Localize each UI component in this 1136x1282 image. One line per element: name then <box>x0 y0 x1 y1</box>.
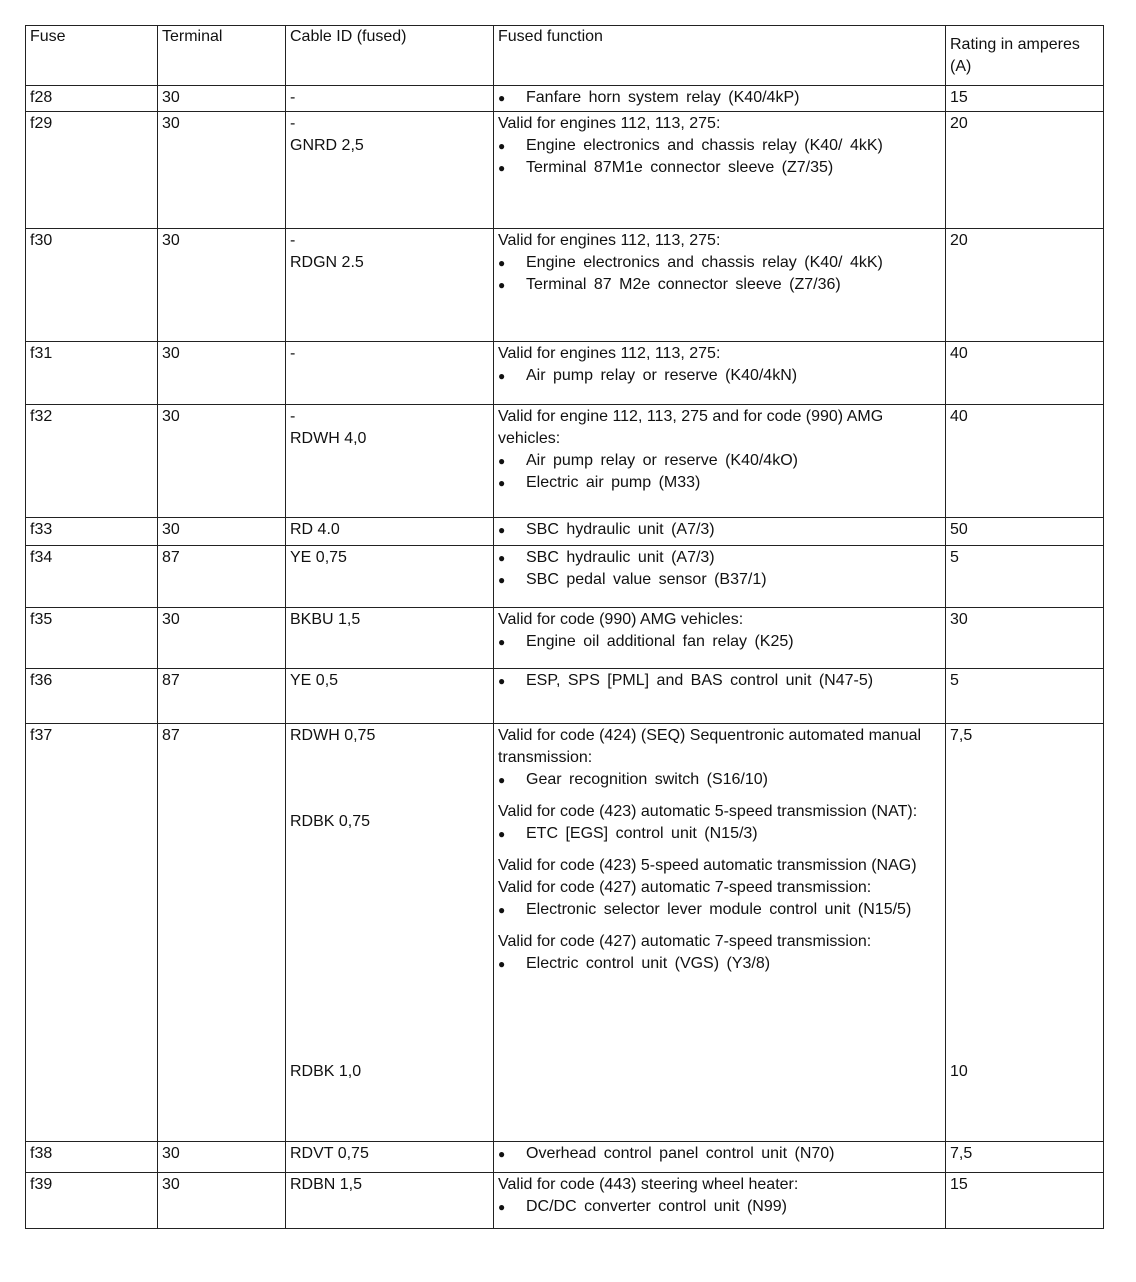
table-row: f3330RD 4.0●SBC hydraulic unit (A7/3)50 <box>26 518 1104 546</box>
validity-note: Valid for code (427) automatic 7-speed t… <box>498 931 941 953</box>
fuse-id: f34 <box>26 546 158 608</box>
cable-id-entry: RDBK 0,75 <box>290 811 370 833</box>
cable-id: -RDWH 4,0 <box>286 405 494 518</box>
table-row: f3030-RDGN 2.5Valid for engines 112, 113… <box>26 229 1104 342</box>
cable-id-entry: RDVT 0,75 <box>290 1143 489 1165</box>
function-bullet-item: ●ETC [EGS] control unit (N15/3) <box>498 823 941 845</box>
table-row: f2830-●Fanfare horn system relay (K40/4k… <box>26 86 1104 112</box>
fuse-id: f30 <box>26 229 158 342</box>
header-row: Fuse Terminal Cable ID (fused) Fused fun… <box>26 26 1104 86</box>
cable-id-entry: YE 0,5 <box>290 670 489 692</box>
cable-id: -GNRD 2,5 <box>286 112 494 229</box>
function-text: Engine oil additional fan relay (K25) <box>526 631 941 653</box>
function-bullet-item: ●ESP, SPS [PML] and BAS control unit (N4… <box>498 670 941 692</box>
table-row: f3230-RDWH 4,0Valid for engine 112, 113,… <box>26 405 1104 518</box>
fused-function: Valid for engine 112, 113, 275 and for c… <box>494 405 946 518</box>
cable-id: RDVT 0,75 <box>286 1142 494 1173</box>
function-text: SBC pedal value sensor (B37/1) <box>526 569 941 591</box>
rating: 30 <box>946 608 1104 669</box>
function-bullet-item: ●Overhead control panel control unit (N7… <box>498 1143 941 1165</box>
bullet-icon: ● <box>498 670 526 692</box>
function-text: SBC hydraulic unit (A7/3) <box>526 547 941 569</box>
spacer <box>498 845 941 855</box>
terminal: 30 <box>158 518 286 546</box>
terminal: 87 <box>158 724 286 1142</box>
bullet-icon: ● <box>498 135 526 157</box>
fused-function: Valid for engines 112, 113, 275:●Engine … <box>494 229 946 342</box>
function-bullet-item: ●Terminal 87 M2e connector sleeve (Z7/36… <box>498 274 941 296</box>
fuse-id: f37 <box>26 724 158 1142</box>
function-text: Electric control unit (VGS) (Y3/8) <box>526 953 941 975</box>
function-bullet-item: ●Engine electronics and chassis relay (K… <box>498 135 941 157</box>
function-text: Engine electronics and chassis relay (K4… <box>526 135 941 157</box>
cable-id-entry: YE 0,75 <box>290 547 489 569</box>
fused-function: Valid for engines 112, 113, 275:●Engine … <box>494 112 946 229</box>
fused-function: ●SBC hydraulic unit (A7/3) <box>494 518 946 546</box>
fuse-id: f31 <box>26 342 158 405</box>
table-row: f3487YE 0,75●SBC hydraulic unit (A7/3)●S… <box>26 546 1104 608</box>
table-row: f3830RDVT 0,75●Overhead control panel co… <box>26 1142 1104 1173</box>
rating-value: 40 <box>950 343 1099 365</box>
cable-id: RDBN 1,5 <box>286 1173 494 1229</box>
table-row: f3530BKBU 1,5Valid for code (990) AMG ve… <box>26 608 1104 669</box>
table-row: f2930-GNRD 2,5Valid for engines 112, 113… <box>26 112 1104 229</box>
rating-value: 15 <box>950 1174 1099 1196</box>
bullet-icon: ● <box>498 769 526 791</box>
function-text: Fanfare horn system relay (K40/4kP) <box>526 87 941 109</box>
cable-id: - <box>286 342 494 405</box>
spacer <box>498 791 941 801</box>
function-bullet-item: ●Air pump relay or reserve (K40/4kN) <box>498 365 941 387</box>
bullet-icon: ● <box>498 631 526 653</box>
bullet-icon: ● <box>498 899 526 921</box>
validity-note: Valid for engines 112, 113, 275: <box>498 343 941 365</box>
function-bullet-item: ●SBC pedal value sensor (B37/1) <box>498 569 941 591</box>
header-cable-id: Cable ID (fused) <box>286 26 494 86</box>
bullet-icon: ● <box>498 1196 526 1218</box>
function-text: Electronic selector lever module control… <box>526 899 941 921</box>
cable-id: YE 0,75 <box>286 546 494 608</box>
fused-function: Valid for engines 112, 113, 275:●Air pum… <box>494 342 946 405</box>
rating-value: 50 <box>950 519 1099 541</box>
bullet-icon: ● <box>498 547 526 569</box>
fused-function: ●Fanfare horn system relay (K40/4kP) <box>494 86 946 112</box>
bullet-icon: ● <box>498 1143 526 1165</box>
cable-id: - <box>286 86 494 112</box>
cable-id: -RDGN 2.5 <box>286 229 494 342</box>
fuse-id: f38 <box>26 1142 158 1173</box>
cable-id-entry: RDBN 1,5 <box>290 1174 489 1196</box>
bullet-icon: ● <box>498 569 526 591</box>
terminal: 87 <box>158 546 286 608</box>
rating-value: 10 <box>950 1061 968 1083</box>
rating-value: 7,5 <box>950 725 1099 747</box>
bullet-icon: ● <box>498 519 526 541</box>
validity-note: Valid for engine 112, 113, 275 and for c… <box>498 406 941 450</box>
cable-id-entry: RDGN 2.5 <box>290 252 364 274</box>
table-row: f3130-Valid for engines 112, 113, 275:●A… <box>26 342 1104 405</box>
rating: 15 <box>946 86 1104 112</box>
function-text: Terminal 87M1e connector sleeve (Z7/35) <box>526 157 941 179</box>
bullet-icon: ● <box>498 365 526 387</box>
terminal: 30 <box>158 342 286 405</box>
terminal: 30 <box>158 608 286 669</box>
fused-function: Valid for code (990) AMG vehicles:●Engin… <box>494 608 946 669</box>
fuse-id: f29 <box>26 112 158 229</box>
bullet-icon: ● <box>498 252 526 274</box>
function-bullet-item: ●Terminal 87M1e connector sleeve (Z7/35) <box>498 157 941 179</box>
terminal: 30 <box>158 1173 286 1229</box>
validity-note: Valid for code (423) 5-speed automatic t… <box>498 855 941 877</box>
function-bullet-item: ●Electric control unit (VGS) (Y3/8) <box>498 953 941 975</box>
fuse-id: f33 <box>26 518 158 546</box>
validity-note: Valid for code (423) automatic 5-speed t… <box>498 801 941 823</box>
table-row: f3687YE 0,5●ESP, SPS [PML] and BAS contr… <box>26 669 1104 724</box>
fuse-id: f39 <box>26 1173 158 1229</box>
bullet-icon: ● <box>498 87 526 109</box>
cable-id-entry: - <box>290 343 489 365</box>
header-rating: Rating in amperes (A) <box>946 26 1104 86</box>
rating: 5 <box>946 546 1104 608</box>
fused-function: ●Overhead control panel control unit (N7… <box>494 1142 946 1173</box>
terminal: 30 <box>158 229 286 342</box>
validity-note: Valid for engines 112, 113, 275: <box>498 230 941 252</box>
cable-id-entry: GNRD 2,5 <box>290 135 364 157</box>
validity-note: Valid for code (443) steering wheel heat… <box>498 1174 941 1196</box>
function-bullet-item: ●Fanfare horn system relay (K40/4kP) <box>498 87 941 109</box>
cable-id-entry: - <box>290 113 489 135</box>
cable-id: YE 0,5 <box>286 669 494 724</box>
function-text: DC/DC converter control unit (N99) <box>526 1196 941 1218</box>
function-text: Engine electronics and chassis relay (K4… <box>526 252 941 274</box>
rating-value: 20 <box>950 230 1099 252</box>
bullet-icon: ● <box>498 472 526 494</box>
function-text: Electric air pump (M33) <box>526 472 941 494</box>
bullet-icon: ● <box>498 953 526 975</box>
rating: 20 <box>946 229 1104 342</box>
header-fuse: Fuse <box>26 26 158 86</box>
rating: 40 <box>946 342 1104 405</box>
validity-note: Valid for code (990) AMG vehicles: <box>498 609 941 631</box>
function-bullet-item: ●Electric air pump (M33) <box>498 472 941 494</box>
fuse-id: f35 <box>26 608 158 669</box>
terminal: 30 <box>158 86 286 112</box>
cable-id-entry: RD 4.0 <box>290 519 489 541</box>
function-text: ESP, SPS [PML] and BAS control unit (N47… <box>526 670 941 692</box>
rating: 20 <box>946 112 1104 229</box>
rating: 7,5 <box>946 1142 1104 1173</box>
bullet-icon: ● <box>498 450 526 472</box>
function-text: Terminal 87 M2e connector sleeve (Z7/36) <box>526 274 941 296</box>
function-text: Gear recognition switch (S16/10) <box>526 769 941 791</box>
validity-note: Valid for code (424) (SEQ) Sequentronic … <box>498 725 941 769</box>
bullet-icon: ● <box>498 823 526 845</box>
cable-id: RDWH 0,75RDBK 0,75RDBK 1,0 <box>286 724 494 1142</box>
rating-value: 30 <box>950 609 1099 631</box>
bullet-icon: ● <box>498 274 526 296</box>
function-bullet-item: ●Engine oil additional fan relay (K25) <box>498 631 941 653</box>
cable-id: BKBU 1,5 <box>286 608 494 669</box>
bullet-icon: ● <box>498 157 526 179</box>
function-text: Overhead control panel control unit (N70… <box>526 1143 941 1165</box>
rating-value: 40 <box>950 406 1099 428</box>
fuse-table: Fuse Terminal Cable ID (fused) Fused fun… <box>25 25 1104 1229</box>
rating-value: 7,5 <box>950 1143 1099 1165</box>
terminal: 30 <box>158 1142 286 1173</box>
cable-id-entry: - <box>290 406 489 428</box>
fused-function: Valid for code (424) (SEQ) Sequentronic … <box>494 724 946 1142</box>
fused-function: Valid for code (443) steering wheel heat… <box>494 1173 946 1229</box>
terminal: 30 <box>158 405 286 518</box>
terminal: 87 <box>158 669 286 724</box>
cable-id-entry: RDBK 1,0 <box>290 1061 361 1083</box>
cable-id-entry: - <box>290 87 489 109</box>
rating: 15 <box>946 1173 1104 1229</box>
header-terminal: Terminal <box>158 26 286 86</box>
fuse-id: f36 <box>26 669 158 724</box>
fuse-id: f28 <box>26 86 158 112</box>
cable-id-entry: - <box>290 230 489 252</box>
rating: 7,510 <box>946 724 1104 1142</box>
table-row: f3787RDWH 0,75RDBK 0,75RDBK 1,0Valid for… <box>26 724 1104 1142</box>
function-bullet-item: ●SBC hydraulic unit (A7/3) <box>498 519 941 541</box>
validity-note: Valid for engines 112, 113, 275: <box>498 113 941 135</box>
spacer <box>498 921 941 931</box>
function-bullet-item: ●Gear recognition switch (S16/10) <box>498 769 941 791</box>
terminal: 30 <box>158 112 286 229</box>
function-text: SBC hydraulic unit (A7/3) <box>526 519 941 541</box>
function-bullet-item: ●Air pump relay or reserve (K40/4kO) <box>498 450 941 472</box>
fuse-table-body: f2830-●Fanfare horn system relay (K40/4k… <box>26 86 1104 1229</box>
validity-note: Valid for code (427) automatic 7-speed t… <box>498 877 941 899</box>
rating: 40 <box>946 405 1104 518</box>
table-row: f3930RDBN 1,5Valid for code (443) steeri… <box>26 1173 1104 1229</box>
cable-id: RD 4.0 <box>286 518 494 546</box>
function-text: Air pump relay or reserve (K40/4kN) <box>526 365 941 387</box>
rating-value: 20 <box>950 113 1099 135</box>
rating-value: 5 <box>950 547 1099 569</box>
function-bullet-item: ●DC/DC converter control unit (N99) <box>498 1196 941 1218</box>
function-bullet-item: ●Engine electronics and chassis relay (K… <box>498 252 941 274</box>
fused-function: ●SBC hydraulic unit (A7/3)●SBC pedal val… <box>494 546 946 608</box>
cable-id-entry: RDWH 0,75 <box>290 725 489 747</box>
rating: 5 <box>946 669 1104 724</box>
fuse-id: f32 <box>26 405 158 518</box>
rating-value: 5 <box>950 670 1099 692</box>
cable-id-entry: RDWH 4,0 <box>290 428 366 450</box>
function-bullet-item: ●SBC hydraulic unit (A7/3) <box>498 547 941 569</box>
function-text: Air pump relay or reserve (K40/4kO) <box>526 450 941 472</box>
function-text: ETC [EGS] control unit (N15/3) <box>526 823 941 845</box>
cable-id-entry: BKBU 1,5 <box>290 609 489 631</box>
function-bullet-item: ●Electronic selector lever module contro… <box>498 899 941 921</box>
rating: 50 <box>946 518 1104 546</box>
header-fused-function: Fused function <box>494 26 946 86</box>
fused-function: ●ESP, SPS [PML] and BAS control unit (N4… <box>494 669 946 724</box>
rating-value: 15 <box>950 87 1099 109</box>
